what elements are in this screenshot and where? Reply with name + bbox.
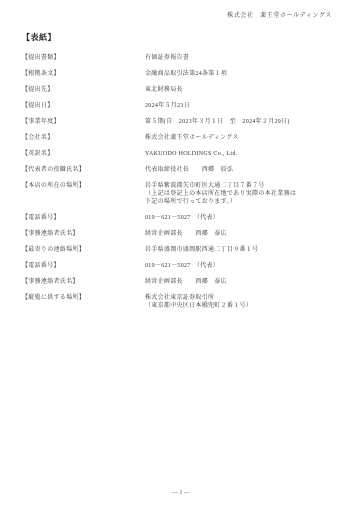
field-label: 【縦覧に供する場所】 xyxy=(22,294,145,302)
field-row-contact-person-1: 【事務連絡者氏名】 経営企画部長 西郷 泰広 xyxy=(22,230,340,238)
field-value: 金融商品取引法第24条第１項 xyxy=(145,70,340,78)
field-label: 【最寄りの連絡場所】 xyxy=(22,246,145,254)
field-value: 岩手県紫波郡矢巾町医大通二丁目７番７号 （上記は登記上の本店所在地であり実際の本… xyxy=(145,182,340,206)
value-line: （東京都中央区日本橋兜町２番１号） xyxy=(145,302,340,310)
value-line: 株式会社東京証券取引所 xyxy=(145,294,340,302)
field-row-head-office: 【本店の所在の場所】 岩手県紫波郡矢巾町医大通二丁目７番７号 （上記は登記上の本… xyxy=(22,182,340,206)
field-row-public-inspection-place: 【縦覧に供する場所】 株式会社東京証券取引所 （東京都中央区日本橋兜町２番１号） xyxy=(22,294,340,310)
value-line: 019－621－5027 （代表） xyxy=(145,214,340,222)
page-number: ― 1 ― xyxy=(172,490,190,496)
field-value: 有価証券報告書 xyxy=(145,54,340,62)
field-value: 経営企画部長 西郷 泰広 xyxy=(145,278,340,286)
field-row-fiscal-year: 【事業年度】 第５期(自 2023年３月１日 至 2024年２月29日) xyxy=(22,118,340,126)
field-label: 【会社名】 xyxy=(22,134,145,142)
value-line: 2024年５月23日 xyxy=(145,102,340,110)
value-line: 金融商品取引法第24条第１項 xyxy=(145,70,340,78)
company-header: 株式会社 薬王堂ホールディングス xyxy=(227,12,332,20)
field-label: 【事業年度】 xyxy=(22,118,145,126)
value-line: （上記は登記上の本店所在地であり実際の本社業務は xyxy=(145,190,340,198)
value-line: 代表取締役社長 西郷 辰弘 xyxy=(145,166,340,174)
field-label: 【提出日】 xyxy=(22,102,145,110)
value-line: 019－621－5027 （代表） xyxy=(145,262,340,270)
field-row-legal-basis: 【根拠条文】 金融商品取引法第24条第１項 xyxy=(22,70,340,78)
field-value: 019－621－5027 （代表） xyxy=(145,262,340,270)
value-line: 株式会社薬王堂ホールディングス xyxy=(145,134,340,142)
value-line: 岩手県盛岡市盛岡駅西通二丁目９番１号 xyxy=(145,246,340,254)
field-label: 【提出書類】 xyxy=(22,54,145,62)
field-row-submission-date: 【提出日】 2024年５月23日 xyxy=(22,102,340,110)
value-line: 東北財務局長 xyxy=(145,86,340,94)
field-row-representative: 【代表者の役職氏名】 代表取締役社長 西郷 辰弘 xyxy=(22,166,340,174)
value-line: 岩手県紫波郡矢巾町医大通二丁目７番７号 xyxy=(145,182,340,190)
cover-title: 【表紙】 xyxy=(22,33,56,43)
value-line: 経営企画部長 西郷 泰広 xyxy=(145,230,340,238)
field-value: 2024年５月23日 xyxy=(145,102,340,110)
field-value: YAKUODO HOLDINGS Co., Ltd. xyxy=(145,150,340,158)
field-value: 株式会社東京証券取引所 （東京都中央区日本橋兜町２番１号） xyxy=(145,294,340,310)
field-value: 株式会社薬王堂ホールディングス xyxy=(145,134,340,142)
value-line: 経営企画部長 西郷 泰広 xyxy=(145,278,340,286)
field-value: 東北財務局長 xyxy=(145,86,340,94)
field-label: 【事務連絡者氏名】 xyxy=(22,278,145,286)
field-row-submitted-to: 【提出先】 東北財務局長 xyxy=(22,86,340,94)
field-row-phone-2: 【電話番号】 019－621－5027 （代表） xyxy=(22,262,340,270)
field-label: 【事務連絡者氏名】 xyxy=(22,230,145,238)
value-line: 下記の場所で行っております。） xyxy=(145,198,340,206)
field-value: 第５期(自 2023年３月１日 至 2024年２月29日) xyxy=(145,118,340,126)
field-value: 019－621－5027 （代表） xyxy=(145,214,340,222)
field-label: 【代表者の役職氏名】 xyxy=(22,166,145,174)
field-label: 【根拠条文】 xyxy=(22,70,145,78)
field-label: 【英訳名】 xyxy=(22,150,145,158)
field-label: 【提出先】 xyxy=(22,86,145,94)
value-line: YAKUODO HOLDINGS Co., Ltd. xyxy=(145,150,340,158)
field-row-nearest-contact-place: 【最寄りの連絡場所】 岩手県盛岡市盛岡駅西通二丁目９番１号 xyxy=(22,246,340,254)
page-footer: ― 1 ― xyxy=(0,489,362,497)
field-row-submission-doc: 【提出書類】 有価証券報告書 xyxy=(22,54,340,62)
field-value: 岩手県盛岡市盛岡駅西通二丁目９番１号 xyxy=(145,246,340,254)
fields-table: 【提出書類】 有価証券報告書 【根拠条文】 金融商品取引法第24条第１項 【提出… xyxy=(22,54,340,318)
value-line: 第５期(自 2023年３月１日 至 2024年２月29日) xyxy=(145,118,340,126)
field-row-english-name: 【英訳名】 YAKUODO HOLDINGS Co., Ltd. xyxy=(22,150,340,158)
field-row-company-name: 【会社名】 株式会社薬王堂ホールディングス xyxy=(22,134,340,142)
field-label: 【電話番号】 xyxy=(22,214,145,222)
field-value: 代表取締役社長 西郷 辰弘 xyxy=(145,166,340,174)
field-row-contact-person-2: 【事務連絡者氏名】 経営企画部長 西郷 泰広 xyxy=(22,278,340,286)
value-line: 有価証券報告書 xyxy=(145,54,340,62)
field-value: 経営企画部長 西郷 泰広 xyxy=(145,230,340,238)
field-label: 【電話番号】 xyxy=(22,262,145,270)
field-row-phone-1: 【電話番号】 019－621－5027 （代表） xyxy=(22,214,340,222)
document-page: 株式会社 薬王堂ホールディングス 【表紙】 【提出書類】 有価証券報告書 【根拠… xyxy=(0,0,362,512)
field-label: 【本店の所在の場所】 xyxy=(22,182,145,190)
